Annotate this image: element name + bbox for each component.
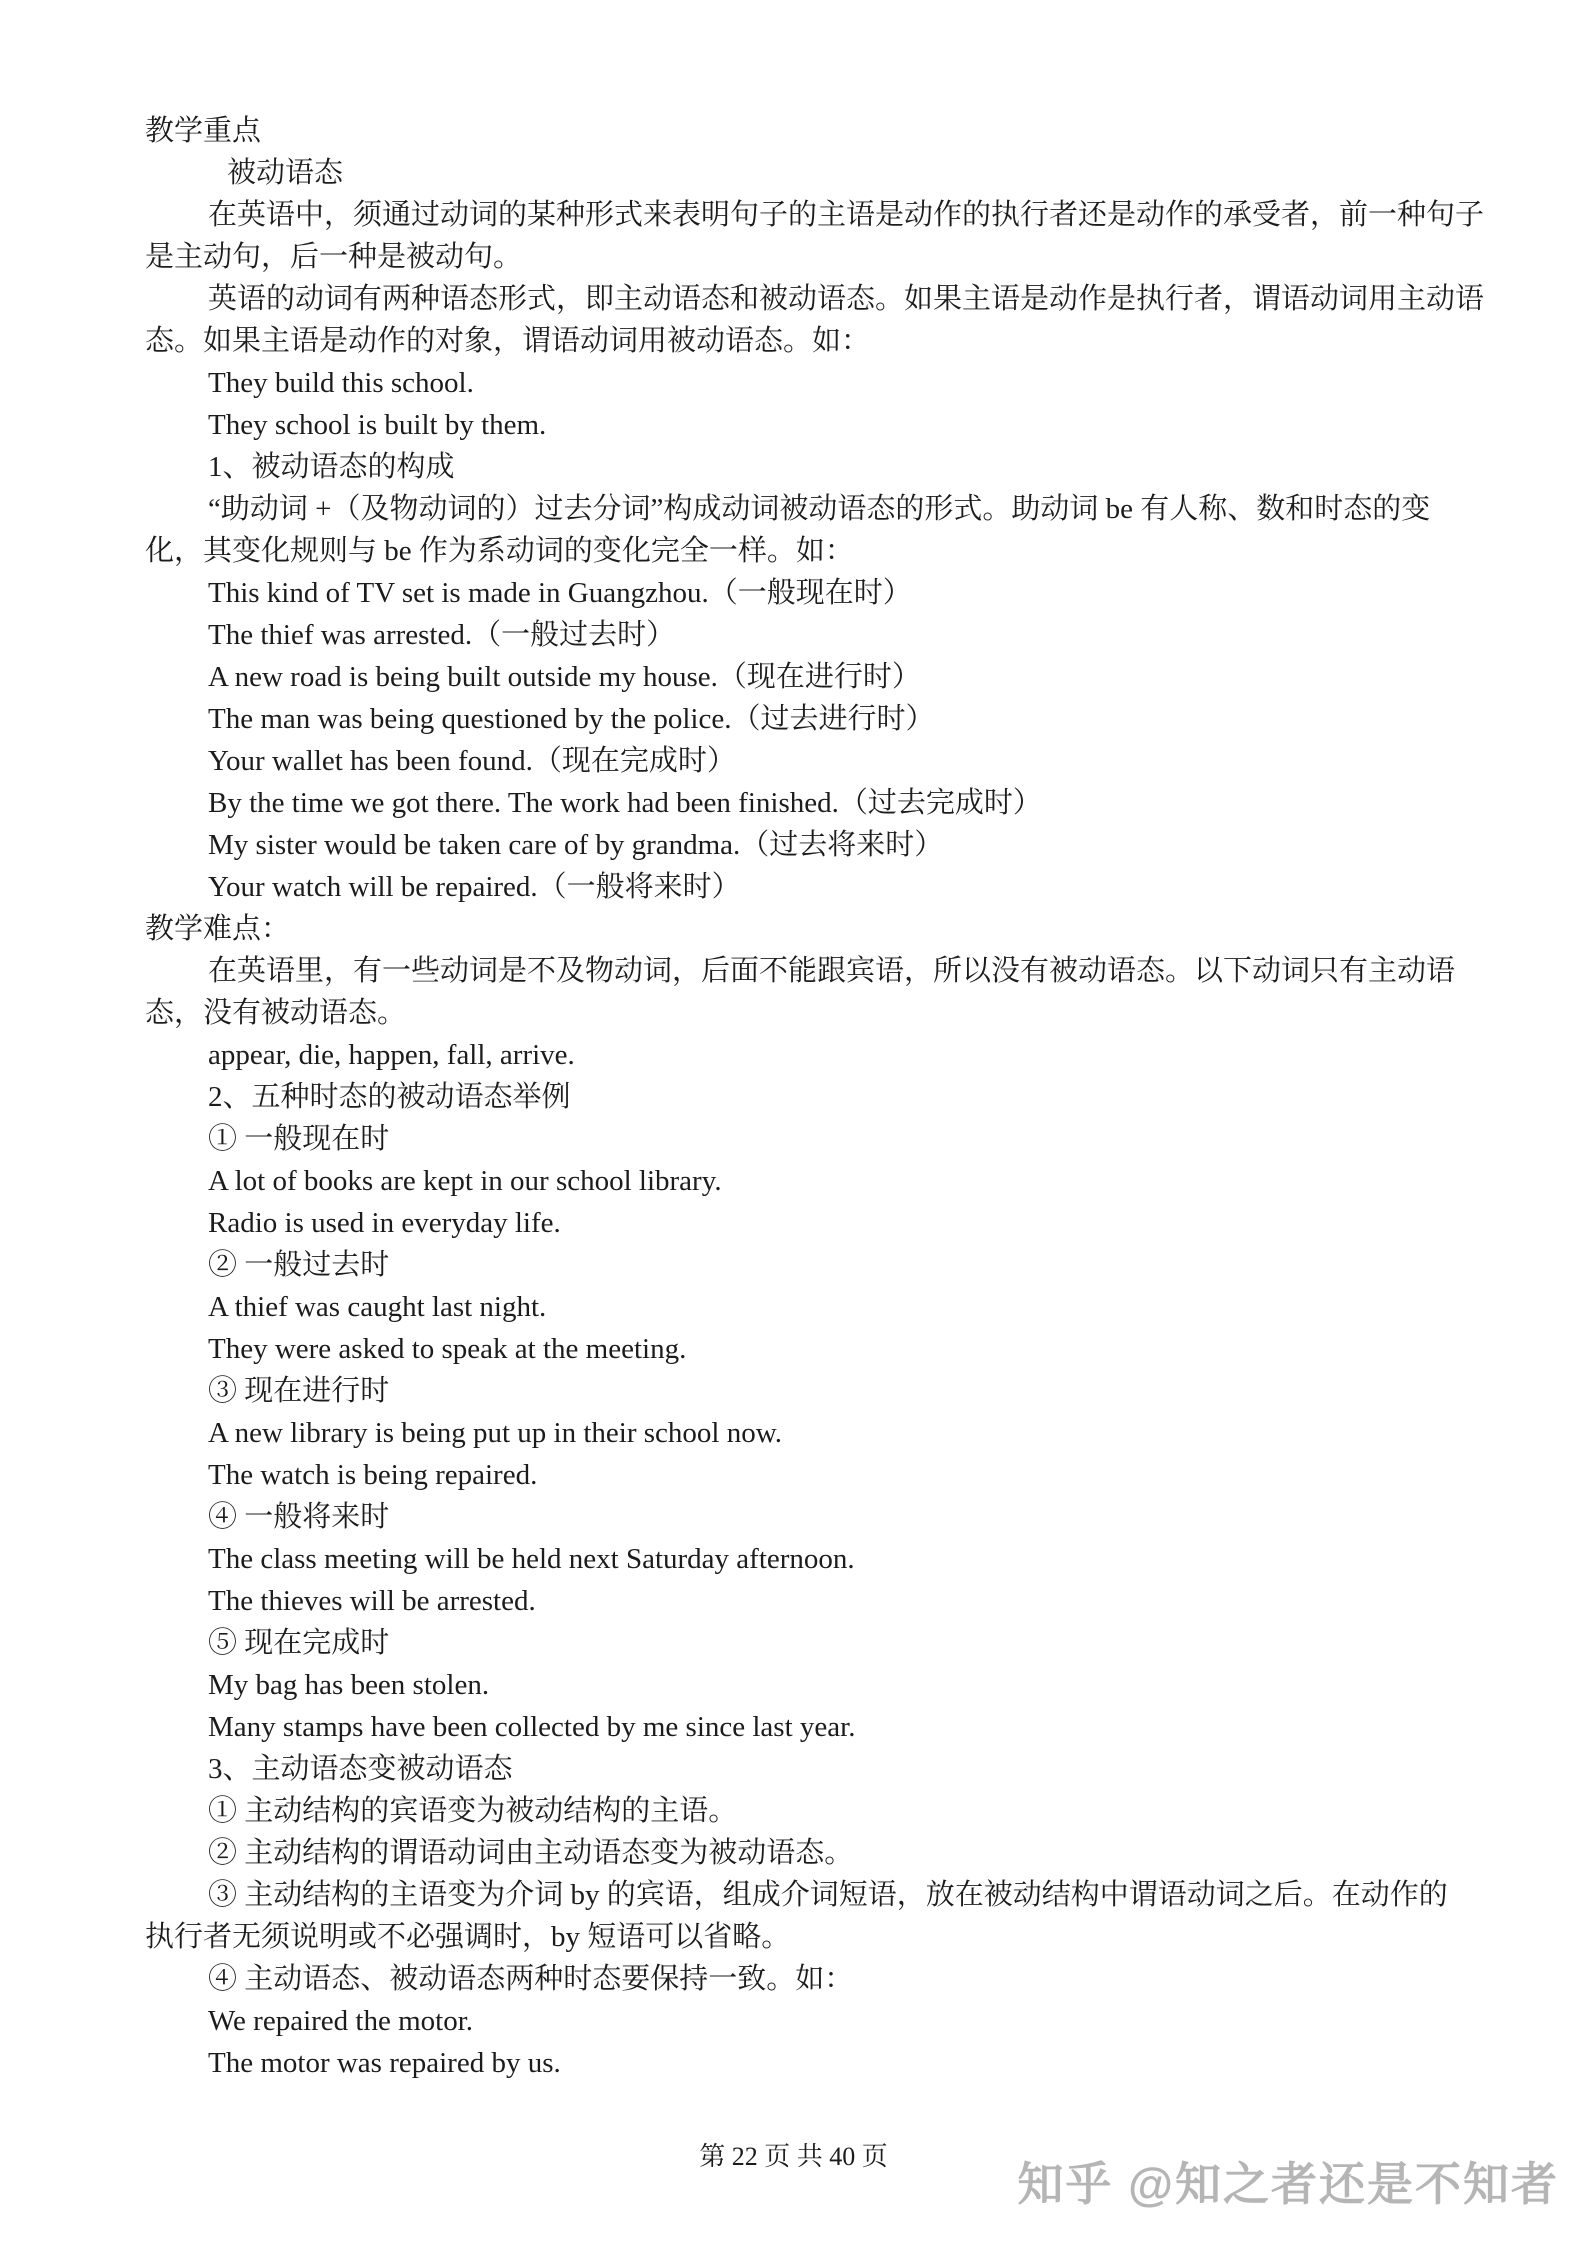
text-line: By the time we got there. The work had b… [0,782,1587,824]
document-page: 教学重点被动语态在英语中，须通过动词的某种形式来表明句子的主语是动作的执行者还是… [0,0,1587,2245]
text-line: A lot of books are kept in our school li… [0,1160,1587,1202]
text-line: The thieves will be arrested. [0,1580,1587,1622]
text-line: The class meeting will be held next Satu… [0,1538,1587,1580]
text-line: They build this school. [0,362,1587,404]
text-line: Many stamps have been collected by me si… [0,1706,1587,1748]
text-line: 在英语中，须通过动词的某种形式来表明句子的主语是动作的执行者还是动作的承受者，前… [0,194,1587,236]
text-line: They school is built by them. [0,404,1587,446]
text-line: My bag has been stolen. [0,1664,1587,1706]
text-line: ② 一般过去时 [0,1244,1587,1286]
text-line: 3、主动语态变被动语态 [0,1748,1587,1790]
text-line: appear, die, happen, fall, arrive. [0,1034,1587,1076]
document-body: 教学重点被动语态在英语中，须通过动词的某种形式来表明句子的主语是动作的执行者还是… [0,110,1587,2084]
text-line: The thief was arrested.（一般过去时） [0,614,1587,656]
text-line: 教学难点： [0,908,1587,950]
text-line: 被动语态 [0,152,1587,194]
text-line: Radio is used in everyday life. [0,1202,1587,1244]
text-line: 在英语里，有一些动词是不及物动词，后面不能跟宾语，所以没有被动语态。以下动词只有… [0,950,1587,992]
text-line: ③ 现在进行时 [0,1370,1587,1412]
text-line: ③ 主动结构的主语变为介词 by 的宾语，组成介词短语，放在被动结构中谓语动词之… [0,1874,1587,1916]
text-line: ① 主动结构的宾语变为被动结构的主语。 [0,1790,1587,1832]
text-line: ④ 主动语态、被动语态两种时态要保持一致。如： [0,1958,1587,2000]
text-line: ② 主动结构的谓语动词由主动语态变为被动语态。 [0,1832,1587,1874]
text-line: A thief was caught last night. [0,1286,1587,1328]
text-line: 2、五种时态的被动语态举例 [0,1076,1587,1118]
text-line: 化，其变化规则与 be 作为系动词的变化完全一样。如： [0,530,1587,572]
text-line: 教学重点 [0,110,1587,152]
text-line: Your watch will be repaired.（一般将来时） [0,866,1587,908]
text-line: 是主动句，后一种是被动句。 [0,236,1587,278]
text-line: ① 一般现在时 [0,1118,1587,1160]
text-line: 执行者无须说明或不必强调时，by 短语可以省略。 [0,1916,1587,1958]
text-line: “助动词 +（及物动词的）过去分词”构成动词被动语态的形式。助动词 be 有人称… [0,488,1587,530]
text-line: The watch is being repaired. [0,1454,1587,1496]
text-line: A new road is being built outside my hou… [0,656,1587,698]
text-line: ⑤ 现在完成时 [0,1622,1587,1664]
text-line: A new library is being put up in their s… [0,1412,1587,1454]
text-line: 1、被动语态的构成 [0,446,1587,488]
text-line: 态。如果主语是动作的对象，谓语动词用被动语态。如： [0,320,1587,362]
text-line: ④ 一般将来时 [0,1496,1587,1538]
text-line: This kind of TV set is made in Guangzhou… [0,572,1587,614]
text-line: Your wallet has been found.（现在完成时） [0,740,1587,782]
text-line: 英语的动词有两种语态形式，即主动语态和被动语态。如果主语是动作是执行者，谓语动词… [0,278,1587,320]
text-line: My sister would be taken care of by gran… [0,824,1587,866]
text-line: 态，没有被动语态。 [0,992,1587,1034]
watermark: 知乎 @知之者还是不知者 [1017,2148,1559,2214]
text-line: They were asked to speak at the meeting. [0,1328,1587,1370]
text-line: The motor was repaired by us. [0,2042,1587,2084]
text-line: The man was being questioned by the poli… [0,698,1587,740]
text-line: We repaired the motor. [0,2000,1587,2042]
